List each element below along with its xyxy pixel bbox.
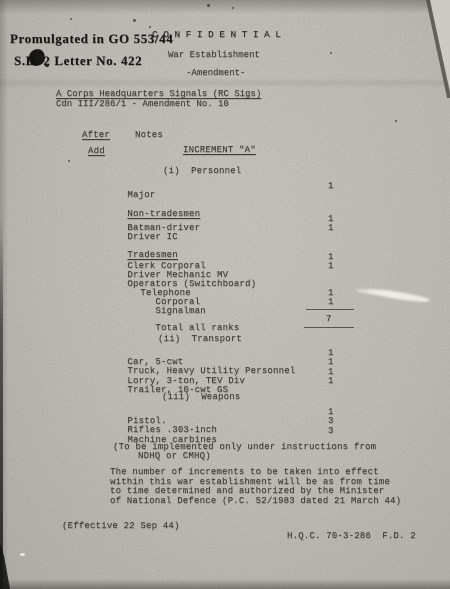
total-value: 7 (326, 315, 332, 324)
amendment-subtitle: -Amendment- (186, 69, 245, 78)
dark-speck (330, 52, 332, 54)
dark-speck (70, 18, 72, 20)
after-label: After (82, 131, 110, 140)
dark-speck (395, 120, 397, 122)
row-value: 1 (328, 298, 334, 307)
dark-speck (232, 7, 234, 9)
transport-section-heading: (ii) Transport (158, 335, 423, 344)
paper-crease (0, 78, 450, 88)
increment-title: INCREMENT "A" (183, 146, 256, 155)
implementation-note-line2: NDHQ or CMHQ) (138, 452, 403, 461)
row-value: 3 (328, 417, 334, 426)
white-scratch-streak (366, 287, 430, 304)
row-value: 3 (328, 427, 334, 436)
authority-paragraph-line3: to time determined and authorized by the… (110, 487, 410, 496)
row-value: 1 (328, 358, 334, 367)
scanned-document-page: Promulgated in GO 553/44 S.D. 2 Letter N… (0, 0, 450, 589)
total-rule-bottom (304, 327, 354, 328)
add-action-label: Add (88, 147, 105, 156)
dark-speck (68, 160, 70, 162)
authority-paragraph-line4: of National Defence (P.C. 52/1983 dated … (110, 497, 410, 506)
row-label: Major (127, 190, 155, 200)
ink-speck (45, 64, 49, 67)
row-value: 1 (328, 377, 334, 386)
doc-type-title: War Establishment (168, 51, 260, 60)
row-value: 1 (328, 224, 334, 233)
total-rule-top (306, 309, 354, 310)
unit-title: A Corps Headquarters Signals (RC Sigs) (56, 90, 261, 99)
file-reference: H.Q.C. 70-3-286 F.D. 2 (287, 532, 416, 541)
row-label: Driver IC (127, 232, 177, 242)
white-speck (20, 553, 25, 556)
total-label: Total all ranks (155, 324, 239, 333)
row-value: 1 (328, 182, 334, 191)
classification-banner: CONFIDENTIAL (152, 29, 286, 40)
promulgation-stamp-line1: Promulgated in GO 553/44 (10, 32, 173, 45)
weapons-section-heading: (iii) Weapons (162, 393, 427, 402)
dark-speck (133, 19, 136, 22)
authority-paragraph-line1: The number of increments to be taken int… (110, 468, 410, 477)
scan-top-shadow (0, 0, 450, 14)
personnel-total-row: Total all ranks 7 (105, 315, 370, 351)
effective-date: (Effective 22 Sep 44) (62, 522, 180, 531)
scan-bottom-shadow (0, 579, 450, 589)
personnel-section-heading: (i) Personnel (163, 167, 428, 176)
reference-line: Cdn III/286/1 - Amendment No. 10 (56, 100, 229, 109)
dark-speck (149, 26, 151, 28)
dark-speck (207, 4, 210, 7)
row-value: 1 (328, 262, 334, 271)
scan-left-edge-line (0, 215, 3, 589)
after-target: Notes (135, 131, 163, 140)
